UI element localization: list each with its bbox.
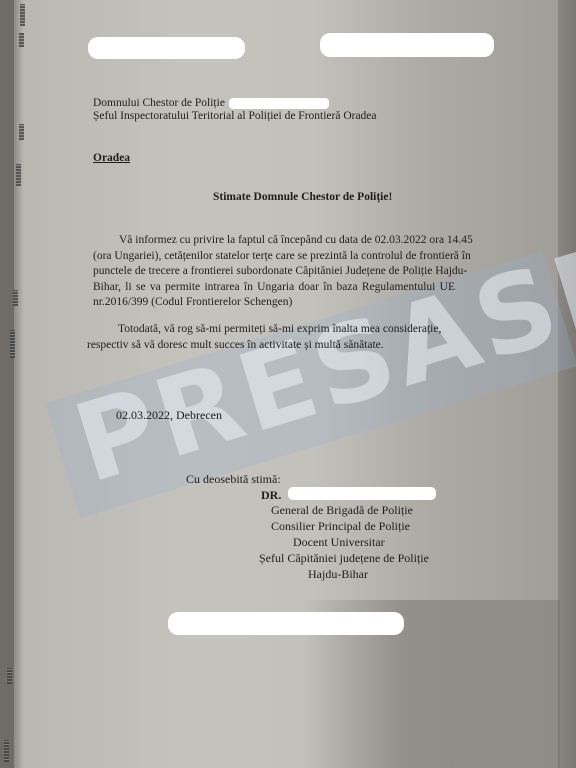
binder-mark — [10, 330, 15, 358]
signature-title: Șeful Căpităniei județene de Poliție — [259, 550, 429, 566]
binder-mark — [19, 124, 24, 140]
signature-name-prefix: DR. — [261, 487, 281, 503]
body-paragraph-1: Vă informez cu privire la faptul că înce… — [93, 233, 455, 311]
paragraph-line: respectiv să vă doresc mult succes în ac… — [87, 338, 392, 354]
binder-mark — [19, 33, 24, 47]
paragraph-line: (ora Ungariei), cetățenilor statelor ter… — [93, 249, 455, 265]
binder-mark — [16, 164, 21, 186]
signature-title: Consilier Principal de Poliție — [271, 518, 410, 534]
signature-title: Docent Universitar — [293, 534, 385, 550]
paragraph-line: Vă informez cu privire la faptul că înce… — [93, 233, 455, 249]
binder-mark — [7, 668, 12, 684]
closing: Cu deosebită stimă: — [186, 471, 281, 487]
redaction-box — [88, 37, 245, 59]
salutation: Stimate Domnule Chestor de Poliție! — [213, 190, 392, 205]
paragraph-line: nr.2016/399 (Codul Frontierelor Schengen… — [93, 295, 455, 311]
body-paragraph-2: Totodată, vă rog să-mi permiteți să-mi e… — [87, 322, 392, 353]
page-edge-background — [558, 0, 576, 768]
redaction-box — [168, 612, 404, 635]
date-place: 02.03.2022, Debrecen — [116, 408, 222, 423]
paragraph-line: Bihar, li se va permite intrarea în Unga… — [93, 280, 455, 296]
paragraph-line: punctele de trecere a frontierei subordo… — [93, 264, 455, 280]
signature-title: Hajdu-Bihar — [308, 566, 368, 582]
location: Oradea — [93, 151, 130, 166]
signature-title: General de Brigadă de Poliție — [271, 502, 413, 518]
paragraph-line: Totodată, vă rog să-mi permiteți să-mi e… — [87, 322, 392, 338]
binder-mark — [4, 740, 9, 762]
redaction-box — [288, 487, 436, 500]
redaction-box — [229, 98, 329, 109]
addressee-line-2: Șeful Inspectoratului Teritorial al Poli… — [93, 109, 377, 124]
redaction-box — [320, 33, 494, 57]
binder-mark — [20, 4, 25, 26]
binder-mark — [13, 290, 18, 306]
